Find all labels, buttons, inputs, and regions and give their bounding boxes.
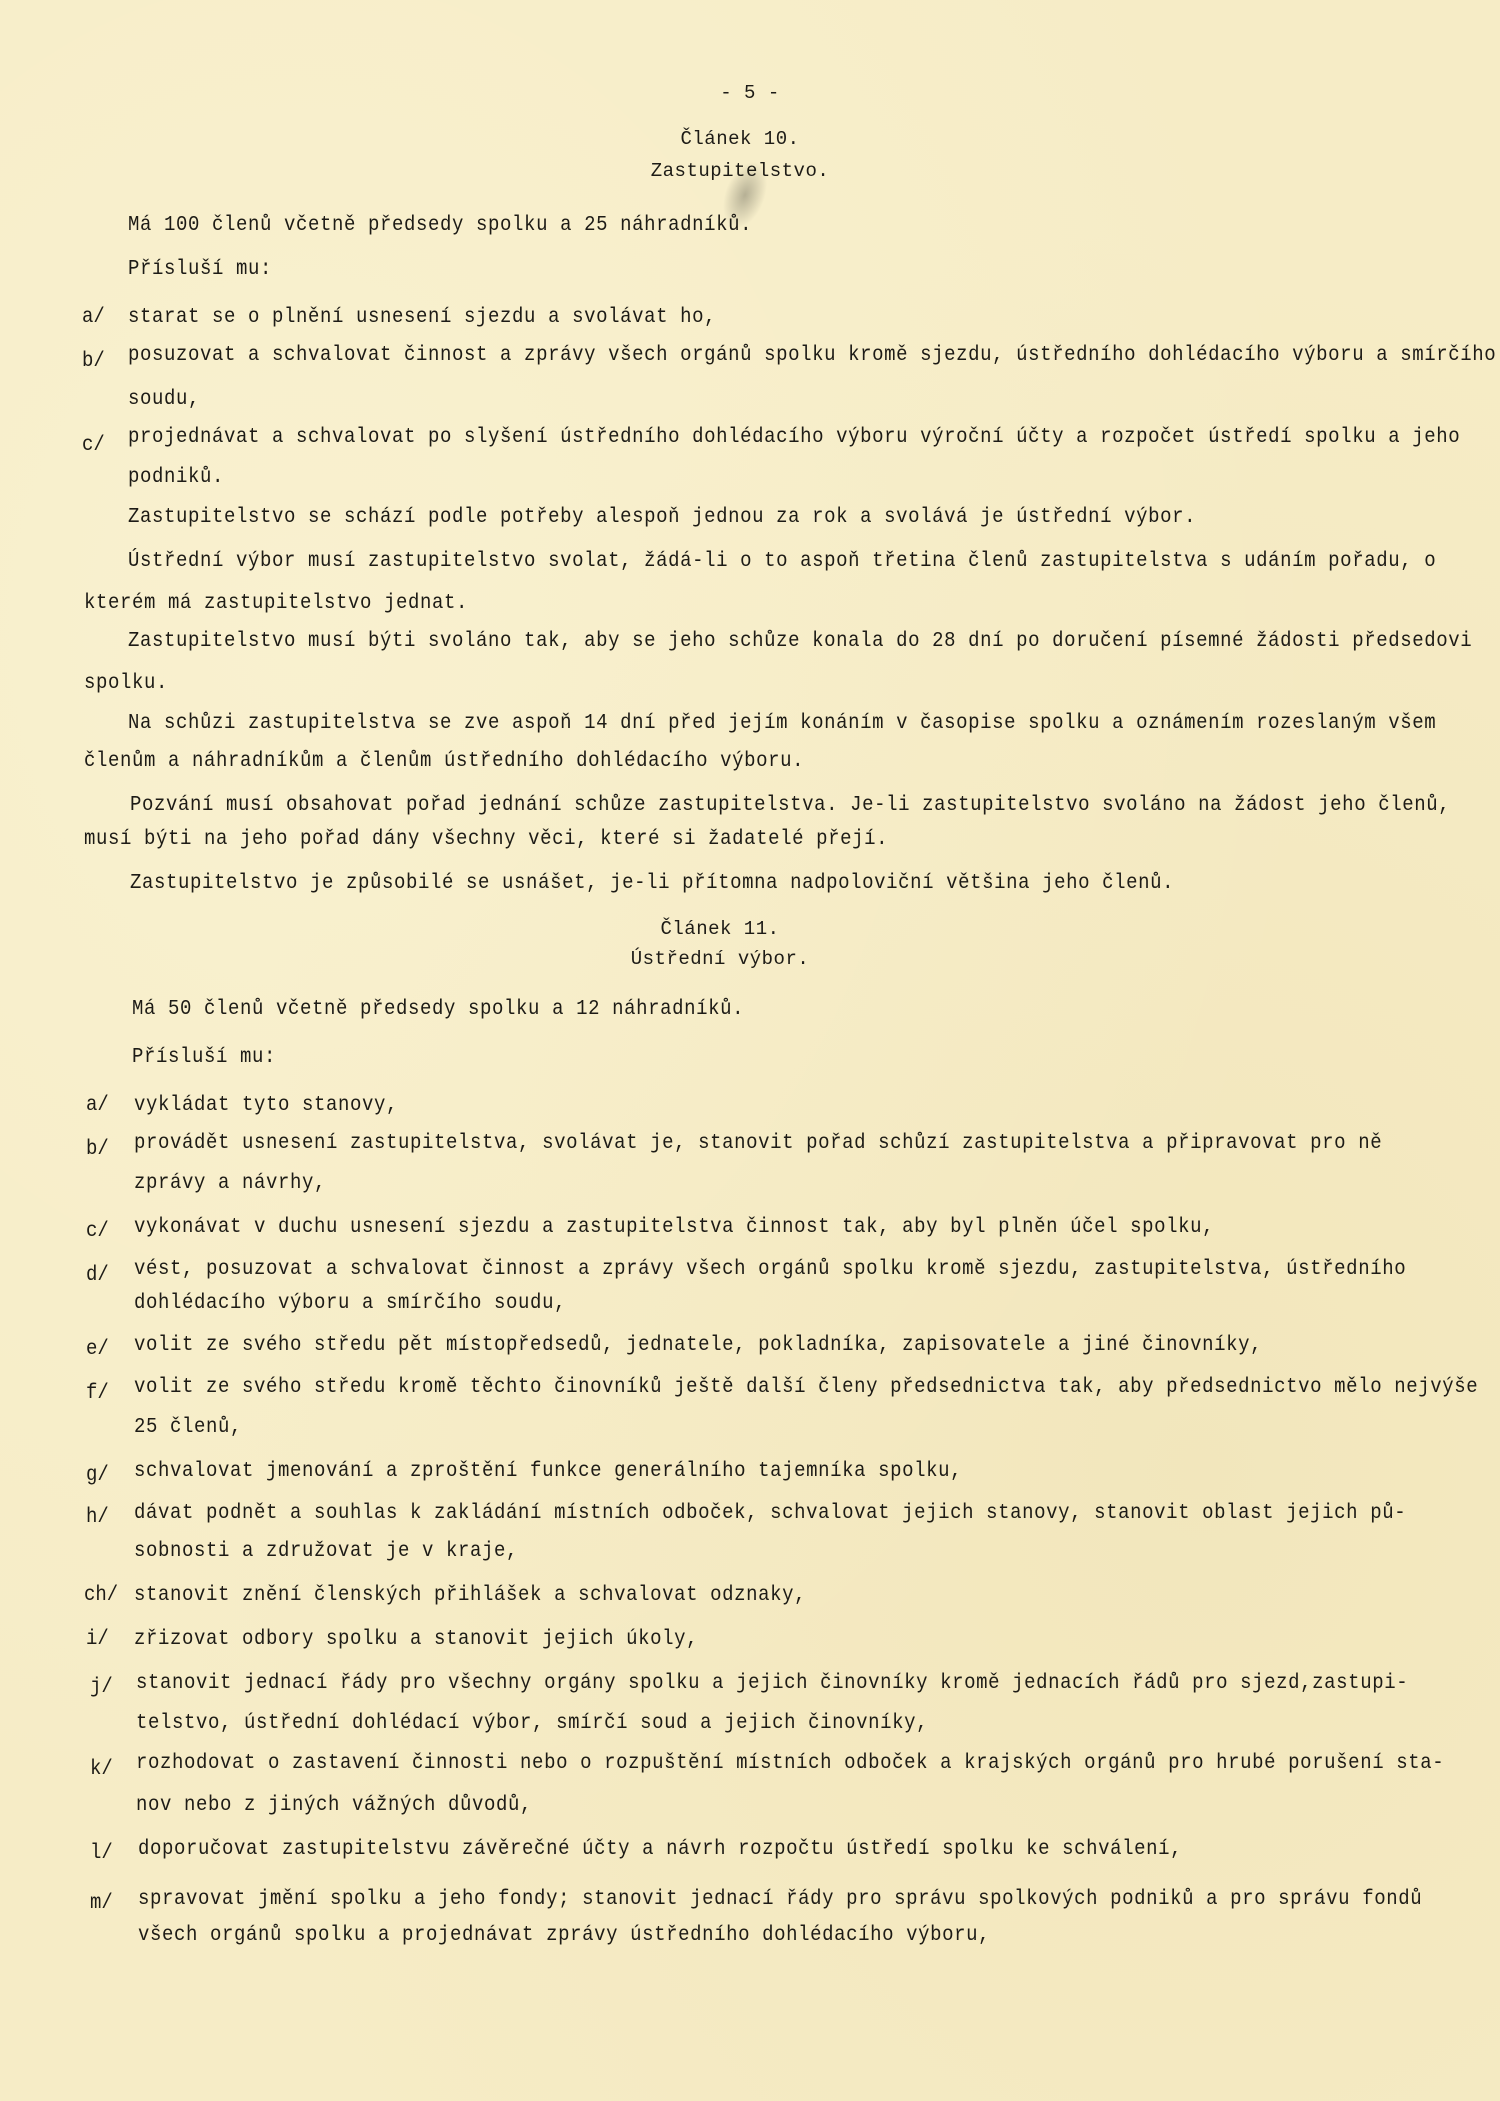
list-item-text: všech orgánů spolku a projednávat zprávy…	[138, 1922, 990, 1947]
list-item-text: vykonávat v duchu usnesení sjezdu a zast…	[134, 1214, 1214, 1239]
list-item-text: telstvo, ústřední dohlédací výbor, smírč…	[136, 1710, 928, 1735]
list-item-label: b/	[82, 348, 105, 373]
list-item-label: b/	[86, 1136, 109, 1161]
list-item-label: f/	[86, 1380, 109, 1405]
paragraph-line: kterém má zastupitelstvo jednat.	[84, 590, 468, 615]
paragraph-line: členům a náhradníkům a členům ústředního…	[84, 748, 804, 773]
list-item-label: e/	[86, 1336, 109, 1361]
list-item-text: projednávat a schvalovat po slyšení ústř…	[128, 424, 1460, 449]
article-10-heading: Článek 10.	[0, 128, 1490, 150]
list-item-text: volit ze svého středu pět místopředsedů,…	[134, 1332, 1262, 1357]
article-10-title: Zastupitelstvo.	[0, 160, 1490, 182]
list-item-text: stanovit jednací řády pro všechny orgány…	[136, 1670, 1408, 1695]
list-item-label: j/	[90, 1674, 113, 1699]
paragraph-line: musí býti na jeho pořad dány všechny věc…	[84, 826, 888, 851]
list-item-text: provádět usnesení zastupitelstva, svoláv…	[134, 1130, 1382, 1155]
list-item-text: starat se o plnění usnesení sjezdu a svo…	[128, 304, 716, 329]
list-item-text: podniků.	[128, 464, 224, 489]
list-item-label: c/	[86, 1218, 109, 1243]
list-item-label: a/	[82, 304, 105, 329]
article-10-intro: Má 100 členů včetně předsedy spolku a 25…	[128, 212, 752, 237]
list-item-label: ch/	[84, 1582, 118, 1607]
list-item-label: a/	[86, 1092, 109, 1117]
paragraph-line: spolku.	[84, 670, 168, 695]
list-item-label: d/	[86, 1262, 109, 1287]
list-item-text: vykládat tyto stanovy,	[134, 1092, 398, 1117]
list-item-text: sobnosti a združovat je v kraje,	[134, 1538, 518, 1563]
list-item-label: k/	[90, 1756, 113, 1781]
list-item-text: rozhodovat o zastavení činnosti nebo o r…	[136, 1750, 1444, 1775]
paragraph-line: Pozvání musí obsahovat pořad jednání sch…	[130, 792, 1450, 817]
list-item-label: l/	[90, 1840, 113, 1865]
list-item-text: 25 členů,	[134, 1414, 242, 1439]
list-item-text: soudu,	[128, 386, 200, 411]
article-10-duties-label: Přísluší mu:	[128, 256, 272, 281]
list-item-text: spravovat jmění spolku a jeho fondy; sta…	[138, 1886, 1422, 1911]
paragraph-line: Zastupitelstvo je způsobilé se usnášet, …	[130, 870, 1174, 895]
list-item-label: i/	[86, 1626, 109, 1651]
list-item-text: vést, posuzovat a schvalovat činnost a z…	[134, 1256, 1406, 1281]
article-11-heading: Článek 11.	[0, 918, 1470, 940]
paragraph-line: Na schůzi zastupitelstva se zve aspoň 14…	[128, 710, 1436, 735]
list-item-text: zřizovat odbory spolku a stanovit jejich…	[134, 1626, 698, 1651]
list-item-text: volit ze svého středu kromě těchto činov…	[134, 1374, 1478, 1399]
list-item-label: g/	[86, 1462, 109, 1487]
paragraph-line: Zastupitelstvo musí býti svoláno tak, ab…	[128, 628, 1472, 653]
list-item-text: posuzovat a schvalovat činnost a zprávy …	[128, 342, 1496, 367]
list-item-label: c/	[82, 432, 105, 457]
list-item-text: dohlédacího výboru a smírčího soudu,	[134, 1290, 566, 1315]
page-number: - 5 -	[0, 82, 1500, 104]
list-item-text: nov nebo z jiných vážných důvodů,	[136, 1792, 532, 1817]
paragraph-line: Zastupitelstvo se schází podle potřeby a…	[128, 504, 1196, 529]
article-11-duties-label: Přísluší mu:	[132, 1044, 276, 1069]
paragraph-line: Ústřední výbor musí zastupitelstvo svola…	[128, 548, 1436, 573]
list-item-text: stanovit znění členských přihlášek a sch…	[134, 1582, 806, 1607]
article-11-intro: Má 50 členů včetně předsedy spolku a 12 …	[132, 996, 744, 1021]
list-item-label: h/	[86, 1504, 109, 1529]
article-11-title: Ústřední výbor.	[0, 948, 1470, 970]
list-item-text: dávat podnět a souhlas k zakládání místn…	[134, 1500, 1406, 1525]
list-item-text: doporučovat zastupitelstvu závěrečné účt…	[138, 1836, 1182, 1861]
list-item-text: schvalovat jmenování a zproštění funkce …	[134, 1458, 962, 1483]
list-item-label: m/	[90, 1890, 113, 1915]
list-item-text: zprávy a návrhy,	[134, 1170, 326, 1195]
